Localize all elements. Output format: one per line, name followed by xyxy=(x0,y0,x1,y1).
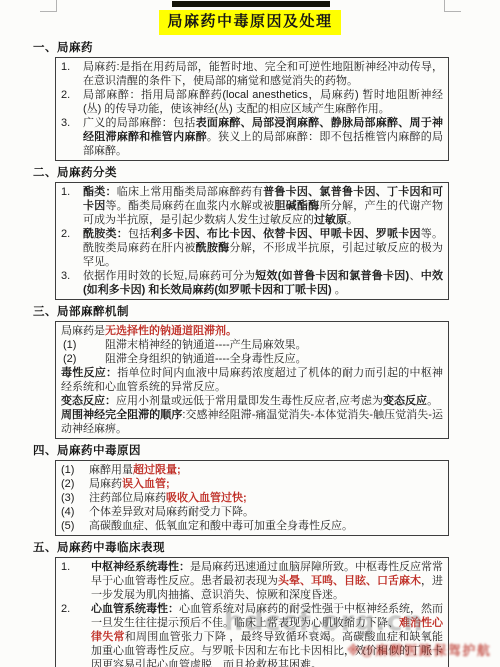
text-segment: 酰胺类： xyxy=(83,228,128,240)
text-segment: 、 xyxy=(409,270,421,282)
crop-mark-topleft xyxy=(40,0,57,12)
item-text: 麻醉用量超过限量; xyxy=(89,463,443,477)
item-text: 广义的局部麻醉：包括表面麻醉、局部浸润麻醉、静脉局部麻醉、周于神经阻滞麻醉和椎管… xyxy=(83,116,443,158)
text-segment: 高碳酸血症、低氧血定和酸中毒可加重全身毒性反应。 xyxy=(89,520,353,532)
text-segment: 注药部位局麻药 xyxy=(89,492,166,504)
item-text: 阻滞全身组织的钠通道----全身毒性反应。 xyxy=(105,352,443,366)
item-text: 阻滞末梢神经的钠通道----产生局麻效果。 xyxy=(105,338,443,352)
list-item: 3.广义的局部麻醉：包括表面麻醉、局部浸润麻醉、静脉局部麻醉、周于神经阻滞麻醉和… xyxy=(61,116,443,158)
text-segment: 麻醉用量 xyxy=(89,464,133,476)
item-number: 1. xyxy=(61,60,83,74)
text-segment: 个体差异致对局麻药耐受力下降。 xyxy=(89,506,254,518)
text-segment: 包括 xyxy=(128,228,151,240)
text-segment: 和周围血管张力下降 ，最终导致循环衰竭。高碳酸血症和缺氧能加重心血管毒性反应。与… xyxy=(91,631,443,667)
text-segment: 变态反应 xyxy=(383,395,427,407)
list-item: 1.局麻药:是指在用药局部，能暂时地、完全和可逆性地阻断神经冲动传导，在意识清醒… xyxy=(61,60,443,88)
item-number: (2) xyxy=(61,477,89,491)
section-heading: 五、局麻药中毒临床表现 xyxy=(33,539,463,555)
item-number: 1. xyxy=(61,560,91,574)
text-segment: 依据作用时效的长短,局麻药可分为 xyxy=(83,270,255,282)
text-segment: 周围神经完全阻滞的顺序 xyxy=(61,409,182,421)
text-segment: 吸收入血管过快; xyxy=(166,492,247,504)
section-box: 局麻药是无选择性的钠通道阻滞剂。(1)阻滞末梢神经的钠通道----产生局麻效果。… xyxy=(55,321,449,439)
text-segment: 心血管系统毒性： xyxy=(91,603,179,615)
text-segment: 酰胺酶 xyxy=(196,242,230,254)
item-text: 酯类：临床上常用酯类局部麻醉药有普鲁卡因、氯普鲁卡因、丁卡因和可卡因等。酯类局麻… xyxy=(83,185,443,227)
text-segment: 阻滞末梢神经的钠通道----产生局麻效果。 xyxy=(105,339,307,351)
text-segment: 过敏原 xyxy=(314,214,347,226)
item-number: 1. xyxy=(61,185,83,199)
list-item: 周围神经完全阻滞的顺序:交感神经阻滞-痛温觉消失-本体觉消失-触压觉消失-运动神… xyxy=(61,408,443,436)
list-item: 变态反应：应用小剂量或远低于常用量即发生毒性反应者,应考虑为变态反应。 xyxy=(61,394,443,408)
text-segment: 。 xyxy=(427,395,438,407)
list-item: 2.心血管系统毒性：心血管系统对局麻药的耐受性强于中枢神经系统，然而一旦发生往往… xyxy=(61,602,443,667)
list-item: 2.酰胺类：包括利多卡因、布比卡因、依替卡因、甲哌卡因、罗哌卡因等。酰胺类局麻药… xyxy=(61,227,443,269)
text-segment: 酯类： xyxy=(83,186,117,198)
item-number: (1) xyxy=(61,463,89,477)
item-text: 局麻药是无选择性的钠通道阻滞剂。 xyxy=(61,324,443,338)
section-box: 1.局麻药:是指在用药局部，能暂时地、完全和可逆性地阻断神经冲动传导，在意识清醒… xyxy=(55,57,449,161)
text-segment: 中枢神经系统毒性： xyxy=(91,561,190,573)
text-segment: 头晕、耳鸣、目眩、口舌麻木 xyxy=(278,575,421,587)
text-segment: 局部麻醉：指用局部麻醉药(local anesthetics，局麻药) 暂时地阻… xyxy=(83,89,443,115)
item-text: 局部麻醉：指用局部麻醉药(local anesthetics，局麻药) 暂时地阻… xyxy=(83,88,443,116)
item-text: 变态反应：应用小剂量或远低于常用量即发生毒性反应者,应考虑为变态反应。 xyxy=(61,394,443,408)
item-number: (5) xyxy=(61,519,89,533)
item-text: 局麻药误入血管; xyxy=(89,477,443,491)
list-item: 毒性反应：指单位时间内血液中局麻药浓度超过了机体的耐力而引起的中枢神经系统和心血… xyxy=(61,366,443,394)
section-box: 1.中枢神经系统毒性：是局麻药迅速通过血脑屏障所致。中枢毒性反应常常早于心血管毒… xyxy=(55,557,449,667)
text-segment: 超过限量; xyxy=(133,464,181,476)
list-item: 2.局部麻醉：指用局部麻醉药(local anesthetics，局麻药) 暂时… xyxy=(61,88,443,116)
item-number: (2) xyxy=(61,352,105,366)
item-text: 周围神经完全阻滞的顺序:交感神经阻滞-痛温觉消失-本体觉消失-触压觉消失-运动神… xyxy=(61,408,443,436)
text-segment: 局麻药 xyxy=(89,478,122,490)
text-segment: 指单位时间内血液中局麻药浓度超过了机体的耐力而引起的中枢神经系统和心血管系统的异… xyxy=(61,367,443,393)
section-heading: 四、局麻药中毒原因 xyxy=(33,442,463,458)
item-text: 依据作用时效的长短,局麻药可分为短效(如普鲁卡因和氯普鲁卡因)、中效(如利多卡因… xyxy=(83,269,443,297)
list-item: (1)阻滞末梢神经的钠通道----产生局麻效果。 xyxy=(61,338,443,352)
text-segment: 毒性反应： xyxy=(61,367,117,379)
item-number: (4) xyxy=(61,505,89,519)
text-segment: 胆碱酯酶 xyxy=(274,200,319,212)
text-segment: 无选择性的钠通道阻滞剂。 xyxy=(105,325,237,337)
list-item: 1.中枢神经系统毒性：是局麻药迅速通过血脑屏障所致。中枢毒性反应常常早于心血管毒… xyxy=(61,560,443,602)
page-title: 局麻药中毒原因及处理 xyxy=(159,10,340,35)
section-box: 1.酯类：临床上常用酯类局部麻醉药有普鲁卡因、氯普鲁卡因、丁卡因和可卡因等。酯类… xyxy=(55,182,449,300)
list-item: (5)高碳酸血症、低氧血定和酸中毒可加重全身毒性反应。 xyxy=(61,519,443,533)
document-page: 局麻药中毒原因及处理 一、局麻药1.局麻药:是指在用药局部，能暂时地、完全和可逆… xyxy=(0,0,500,667)
item-number: 2. xyxy=(61,227,83,241)
item-text: 酰胺类：包括利多卡因、布比卡因、依替卡因、甲哌卡因、罗哌卡因等。酰胺类局麻药在肝… xyxy=(83,227,443,269)
item-number: 2. xyxy=(61,88,83,102)
list-item: 1.酯类：临床上常用酯类局部麻醉药有普鲁卡因、氯普鲁卡因、丁卡因和可卡因等。酯类… xyxy=(61,185,443,227)
section-heading: 二、局麻药分类 xyxy=(33,164,463,180)
text-segment: 阻滞全身组织的钠通道----全身毒性反应。 xyxy=(105,353,307,365)
section-box: (1)麻醉用量超过限量;(2)局麻药误入血管;(3)注药部位局麻药吸收入血管过快… xyxy=(55,460,449,536)
list-item: (4)个体差异致对局麻药耐受力下降。 xyxy=(61,505,443,519)
top-dark-bar xyxy=(172,1,330,7)
text-segment: 临床上常用酯类局部麻醉药有 xyxy=(117,186,263,198)
list-item: (2)阻滞全身组织的钠通道----全身毒性反应。 xyxy=(61,352,443,366)
list-item: (2)局麻药误入血管; xyxy=(61,477,443,491)
item-text: 注药部位局麻药吸收入血管过快; xyxy=(89,491,443,505)
item-number: 3. xyxy=(61,269,83,283)
item-text: 心血管系统毒性：心血管系统对局麻药的耐受性强于中枢神经系统，然而一旦发生往往提示… xyxy=(91,602,443,667)
list-item: (3)注药部位局麻药吸收入血管过快; xyxy=(61,491,443,505)
text-segment: 局麻药:是指在用药局部，能暂时地、完全和可逆性地阻断神经冲动传导，在意识清醒的条… xyxy=(83,61,443,87)
item-number: (1) xyxy=(61,338,105,352)
item-text: 个体差异致对局麻药耐受力下降。 xyxy=(89,505,443,519)
list-item: 3.依据作用时效的长短,局麻药可分为短效(如普鲁卡因和氯普鲁卡因)、中效(如利多… xyxy=(61,269,443,297)
text-segment: 。 xyxy=(332,284,346,296)
text-segment: 广义的局部麻醉：包括 xyxy=(83,117,196,129)
text-segment: 短效(如普鲁卡因和氯普鲁卡因) xyxy=(255,270,409,282)
text-segment: 利多卡因、布比卡因、依替卡因、甲哌卡因、罗哌卡因 xyxy=(151,228,421,240)
text-segment: 误入血管; xyxy=(122,478,170,490)
section-heading: 三、局部麻醉机制 xyxy=(33,303,463,319)
content-sections: 一、局麻药1.局麻药:是指在用药局部，能暂时地、完全和可逆性地阻断神经冲动传导，… xyxy=(33,39,463,667)
crop-mark-topright xyxy=(444,0,461,12)
item-text: 高碳酸血症、低氧血定和酸中毒可加重全身毒性反应。 xyxy=(89,519,443,533)
item-text: 局麻药:是指在用药局部，能暂时地、完全和可逆性地阻断神经冲动传导，在意识清醒的条… xyxy=(83,60,443,88)
item-text: 毒性反应：指单位时间内血液中局麻药浓度超过了机体的耐力而引起的中枢神经系统和心血… xyxy=(61,366,443,394)
text-segment: 等。酯类局麻药在血浆内水解或被 xyxy=(106,200,275,212)
item-number: (3) xyxy=(61,491,89,505)
section-heading: 一、局麻药 xyxy=(33,39,463,55)
item-number: 2. xyxy=(61,602,91,616)
text-segment: 应用小剂量或远低于常用量即发生毒性反应者,应考虑为 xyxy=(116,395,383,407)
text-segment: 。 xyxy=(347,214,358,226)
list-item: 局麻药是无选择性的钠通道阻滞剂。 xyxy=(61,324,443,338)
item-number: 3. xyxy=(61,116,83,130)
list-item: (1)麻醉用量超过限量; xyxy=(61,463,443,477)
text-segment: 局麻药是 xyxy=(61,325,105,337)
text-segment: 变态反应： xyxy=(61,395,116,407)
item-text: 中枢神经系统毒性：是局麻药迅速通过血脑屏障所致。中枢毒性反应常常早于心血管毒性反… xyxy=(91,560,443,602)
